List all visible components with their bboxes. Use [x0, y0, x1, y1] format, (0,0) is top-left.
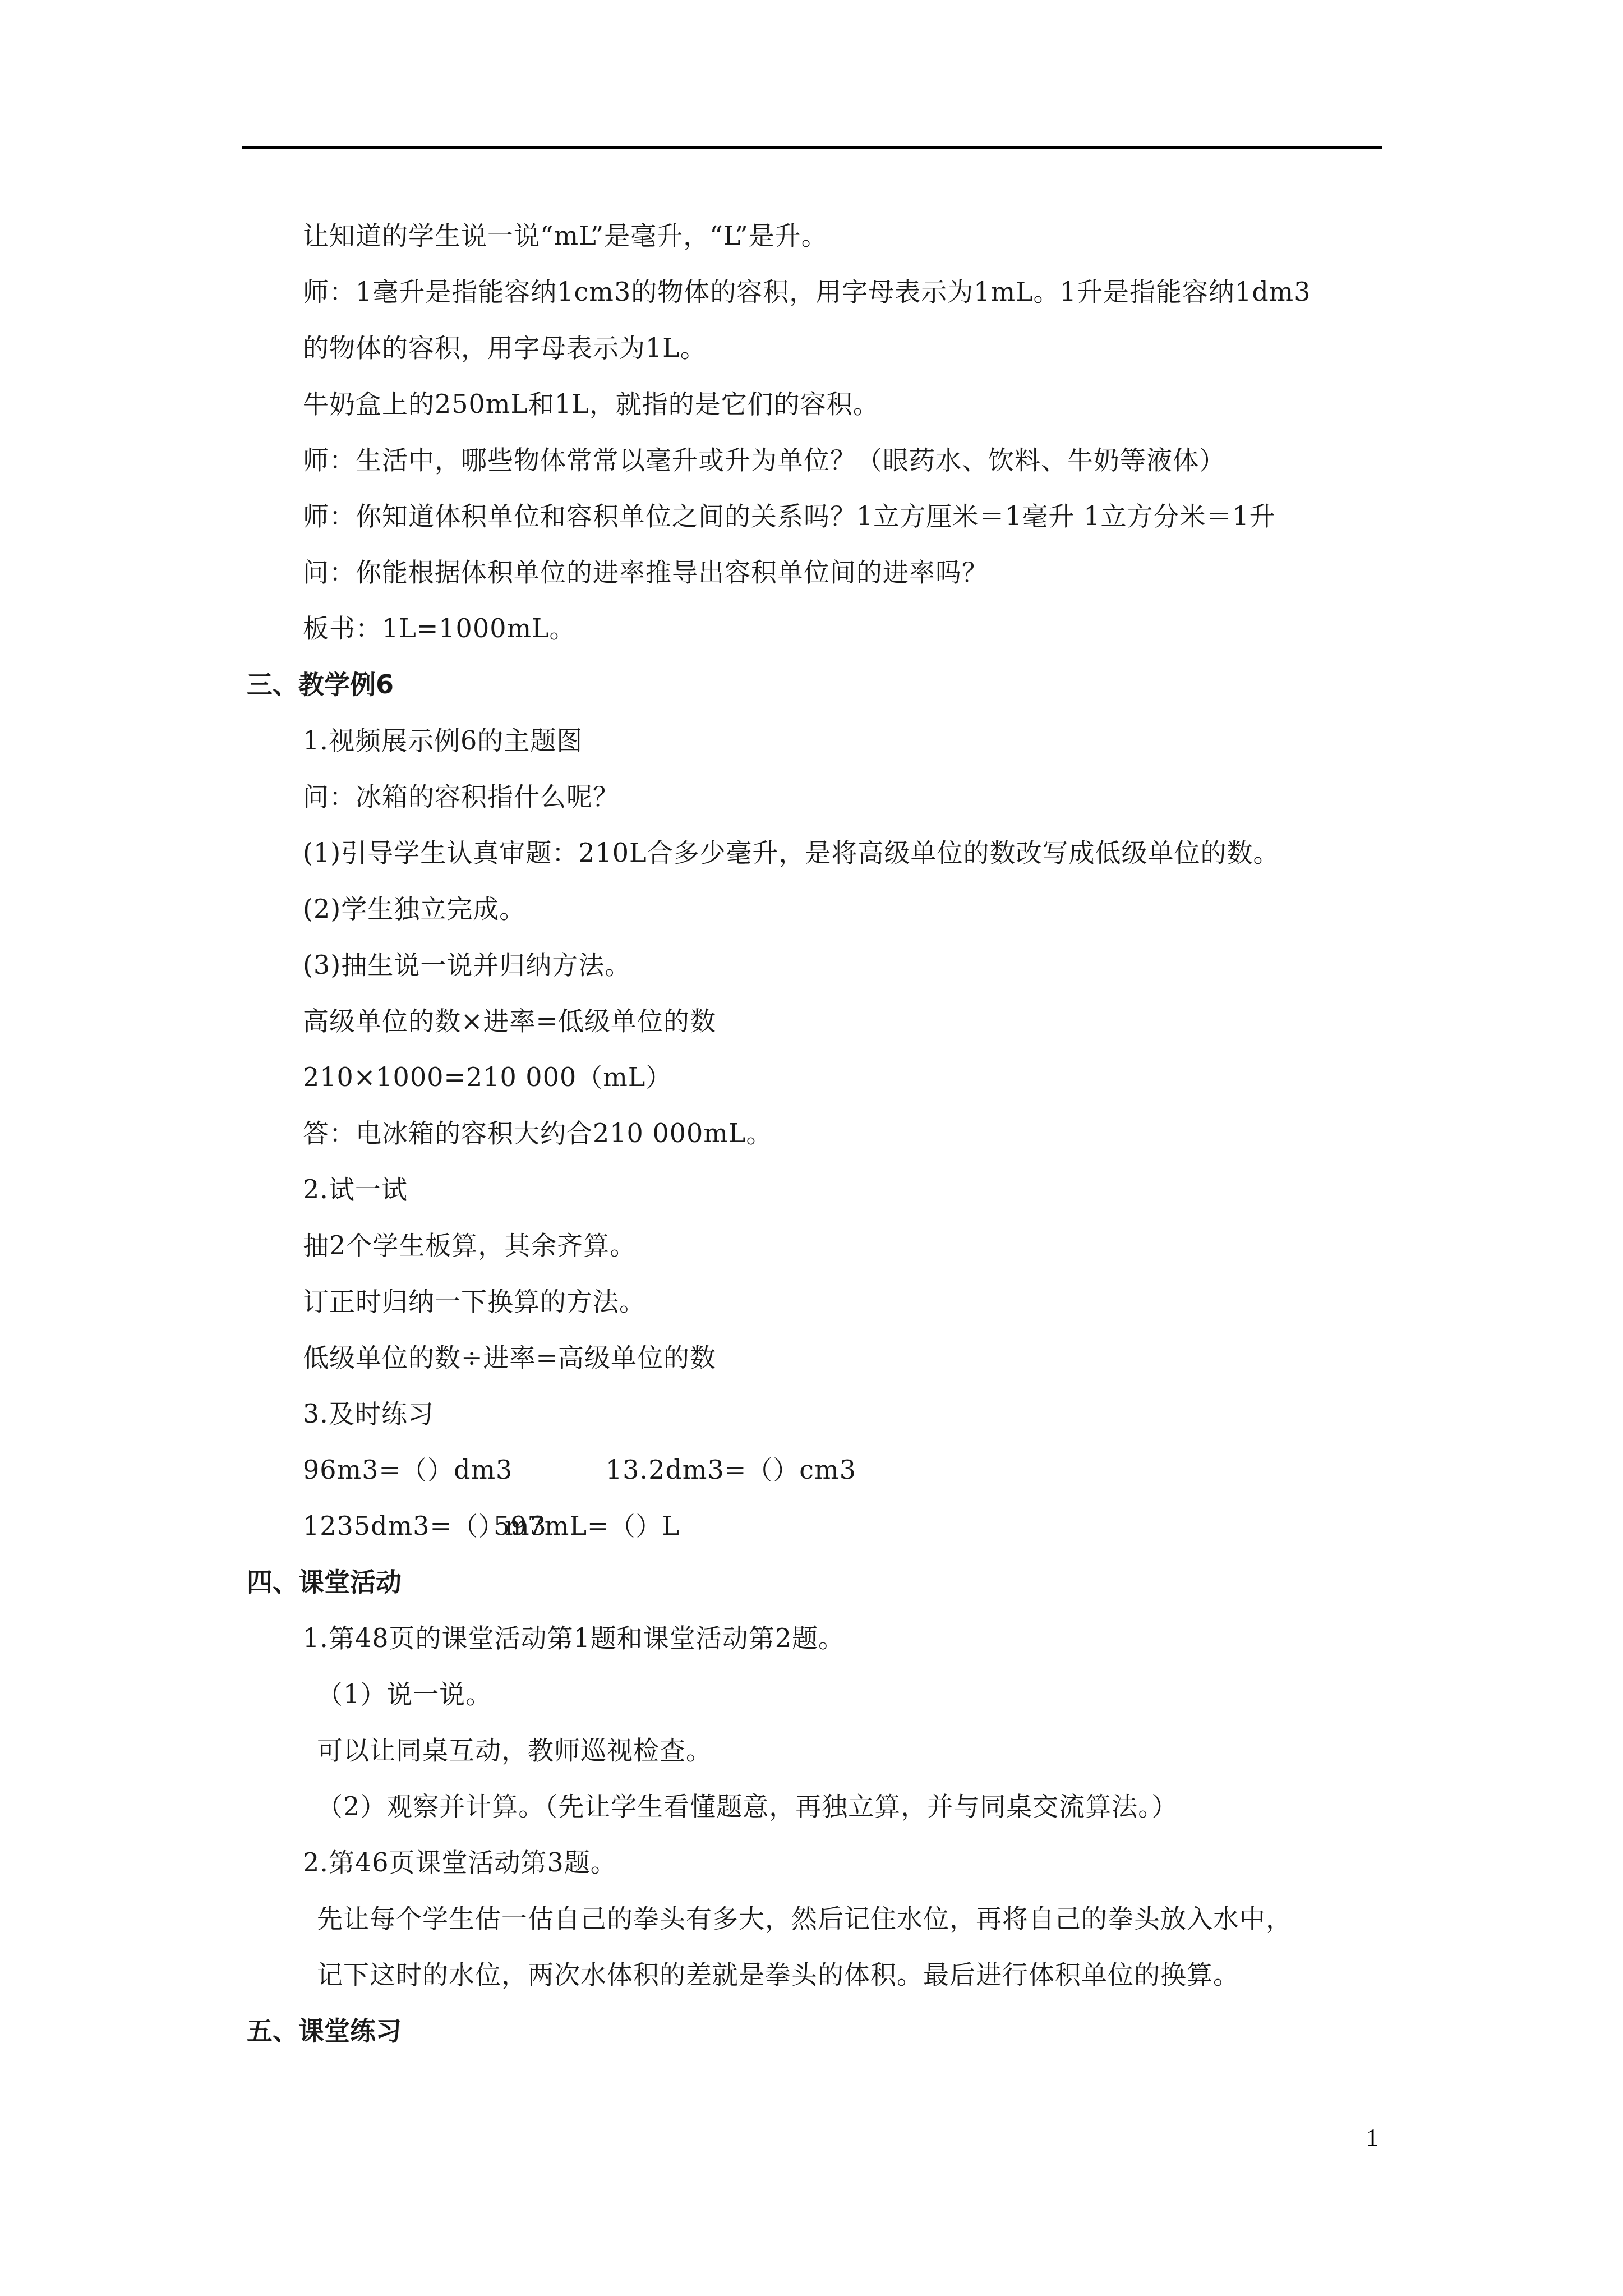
- paragraph: 3.及时练习: [247, 1386, 1402, 1442]
- calculation: 210×1000=210 000（mL）: [247, 1049, 1402, 1105]
- paragraph: 可以让同桌互动，教师巡视检查。: [247, 1722, 1402, 1778]
- paragraph: 2.第46页课堂活动第3题。: [247, 1834, 1402, 1890]
- section-heading-3: 三、教学例6: [247, 656, 1402, 712]
- paragraph: (3)抽生说一说并归纳方法。: [247, 937, 1402, 993]
- exercise: 13.2dm3=（）cm3: [606, 1442, 856, 1498]
- section-heading-4: 四、课堂活动: [247, 1554, 1402, 1610]
- paragraph: 的物体的容积，用字母表示为1L。: [247, 320, 1402, 376]
- exercise: 597mL=（）L: [494, 1498, 680, 1554]
- exercise: 96m3=（）dm3: [303, 1442, 606, 1498]
- paragraph: 1.视频展示例6的主题图: [247, 712, 1402, 769]
- paragraph: 牛奶盒上的250mL和1L，就指的是它们的容积。: [247, 376, 1402, 432]
- paragraph: 订正时归纳一下换算的方法。: [247, 1273, 1402, 1329]
- answer: 答：电冰箱的容积大约合210 000mL。: [247, 1105, 1402, 1161]
- paragraph: (2)学生独立完成。: [247, 881, 1402, 937]
- document-body: 让知道的学生说一说“mL”是毫升，“L”是升。 师：1毫升是指能容纳1cm3的物…: [247, 208, 1402, 2059]
- formula: 低级单位的数÷进率=高级单位的数: [247, 1329, 1402, 1386]
- paragraph: （1）说一说。: [247, 1666, 1402, 1722]
- paragraph: 抽2个学生板算，其余齐算。: [247, 1217, 1402, 1273]
- formula: 高级单位的数×进率=低级单位的数: [247, 993, 1402, 1049]
- exercise: 1235dm3=（）m3: [303, 1498, 494, 1554]
- paragraph: 师：生活中，哪些物体常常以毫升或升为单位？（眼药水、饮料、牛奶等液体）: [247, 432, 1402, 488]
- paragraph: 师：你知道体积单位和容积单位之间的关系吗？1立方厘米＝1毫升 1立方分米＝1升: [247, 488, 1402, 544]
- section-heading-5: 五、课堂练习: [247, 2003, 1402, 2059]
- paragraph: 先让每个学生估一估自己的拳头有多大，然后记住水位，再将自己的拳头放入水中，: [247, 1890, 1402, 1947]
- paragraph: 板书：1L=1000mL。: [247, 600, 1402, 656]
- paragraph: 1.第48页的课堂活动第1题和课堂活动第2题。: [247, 1610, 1402, 1666]
- exercise-row: 96m3=（）dm3 13.2dm3=（）cm3: [247, 1442, 1402, 1498]
- header-rule: [242, 146, 1382, 149]
- paragraph: 2.试一试: [247, 1161, 1402, 1217]
- paragraph: （2）观察并计算。（先让学生看懂题意，再独立算，并与同桌交流算法。）: [247, 1778, 1402, 1834]
- paragraph: 问：你能根据体积单位的进率推导出容积单位间的进率吗？: [247, 544, 1402, 600]
- paragraph: 让知道的学生说一说“mL”是毫升，“L”是升。: [247, 208, 1402, 264]
- paragraph: 师：1毫升是指能容纳1cm3的物体的容积，用字母表示为1mL。1升是指能容纳1d…: [247, 264, 1402, 320]
- page-number: 1: [1366, 2123, 1378, 2152]
- exercise-row: 1235dm3=（）m3 597mL=（）L: [247, 1498, 1402, 1554]
- paragraph: 问：冰箱的容积指什么呢？: [247, 769, 1402, 825]
- paragraph: 记下这时的水位，两次水体积的差就是拳头的体积。最后进行体积单位的换算。: [247, 1947, 1402, 2003]
- paragraph: (1)引导学生认真审题：210L合多少毫升，是将高级单位的数改写成低级单位的数。: [247, 825, 1402, 881]
